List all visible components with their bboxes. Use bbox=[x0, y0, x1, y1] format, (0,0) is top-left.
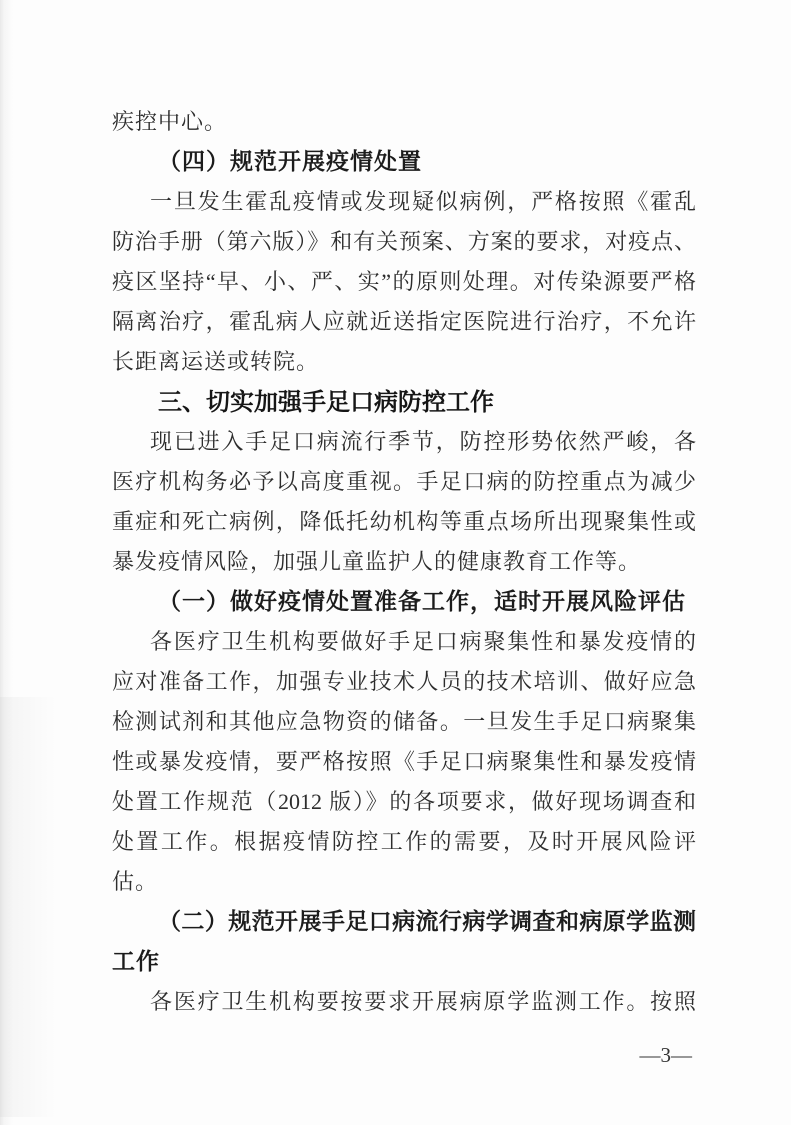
text-line: 估。 bbox=[112, 862, 696, 902]
text-line: 暴发疫情风险，加强儿童监护人的健康教育工作等。 bbox=[112, 542, 696, 582]
text-line: 隔离治疗，霍乱病人应就近送指定医院进行治疗，不允许 bbox=[112, 302, 696, 342]
text-line: 应对准备工作，加强专业技术人员的技术培训、做好应急 bbox=[112, 662, 696, 702]
text-line: 防治手册（第六版）》和有关预案、方案的要求，对疫点、 bbox=[112, 222, 696, 262]
text-line: 医疗机构务必予以高度重视。手足口病的防控重点为减少 bbox=[112, 462, 696, 502]
scanned-document-page: { "page": { "number_label": "—3—" }, "do… bbox=[0, 0, 791, 1125]
text-line: 处置工作规范（2012 版）》的各项要求，做好现场调查和 bbox=[112, 782, 696, 822]
scan-smudge bbox=[0, 697, 70, 1117]
text-line: 一旦发生霍乱疫情或发现疑似病例，严格按照《霍乱 bbox=[112, 182, 696, 222]
text-line: 各医疗卫生机构要做好手足口病聚集性和暴发疫情的 bbox=[112, 622, 696, 662]
text-line: 检测试剂和其他应急物资的储备。一旦发生手足口病聚集 bbox=[112, 702, 696, 742]
text-line: 处置工作。根据疫情防控工作的需要，及时开展风险评 bbox=[112, 822, 696, 862]
text-line: 长距离运送或转院。 bbox=[112, 342, 696, 382]
text-line: 疫区坚持“早、小、严、实”的原则处理。对传染源要严格 bbox=[112, 262, 696, 302]
chapter-heading: 三、切实加强手足口病防控工作 bbox=[112, 382, 696, 422]
text-line: 现已进入手足口病流行季节，防控形势依然严峻，各 bbox=[112, 422, 696, 462]
document-body: 疾控中心。 （四）规范开展疫情处置 一旦发生霍乱疫情或发现疑似病例，严格按照《霍… bbox=[112, 102, 696, 1022]
section-heading: （四）规范开展疫情处置 bbox=[112, 142, 696, 182]
text-line: 性或暴发疫情，要严格按照《手足口病聚集性和暴发疫情 bbox=[112, 742, 696, 782]
page-number: —3— bbox=[640, 1040, 693, 1070]
text-line: 疾控中心。 bbox=[112, 102, 696, 142]
section-heading: 工作 bbox=[112, 942, 696, 982]
text-line: 各医疗卫生机构要按要求开展病原学监测工作。按照 bbox=[112, 982, 696, 1022]
section-heading: （二）规范开展手足口病流行病学调查和病原学监测 bbox=[112, 902, 696, 942]
text-line: 重症和死亡病例，降低托幼机构等重点场所出现聚集性或 bbox=[112, 502, 696, 542]
section-heading: （一）做好疫情处置准备工作，适时开展风险评估 bbox=[112, 582, 696, 622]
